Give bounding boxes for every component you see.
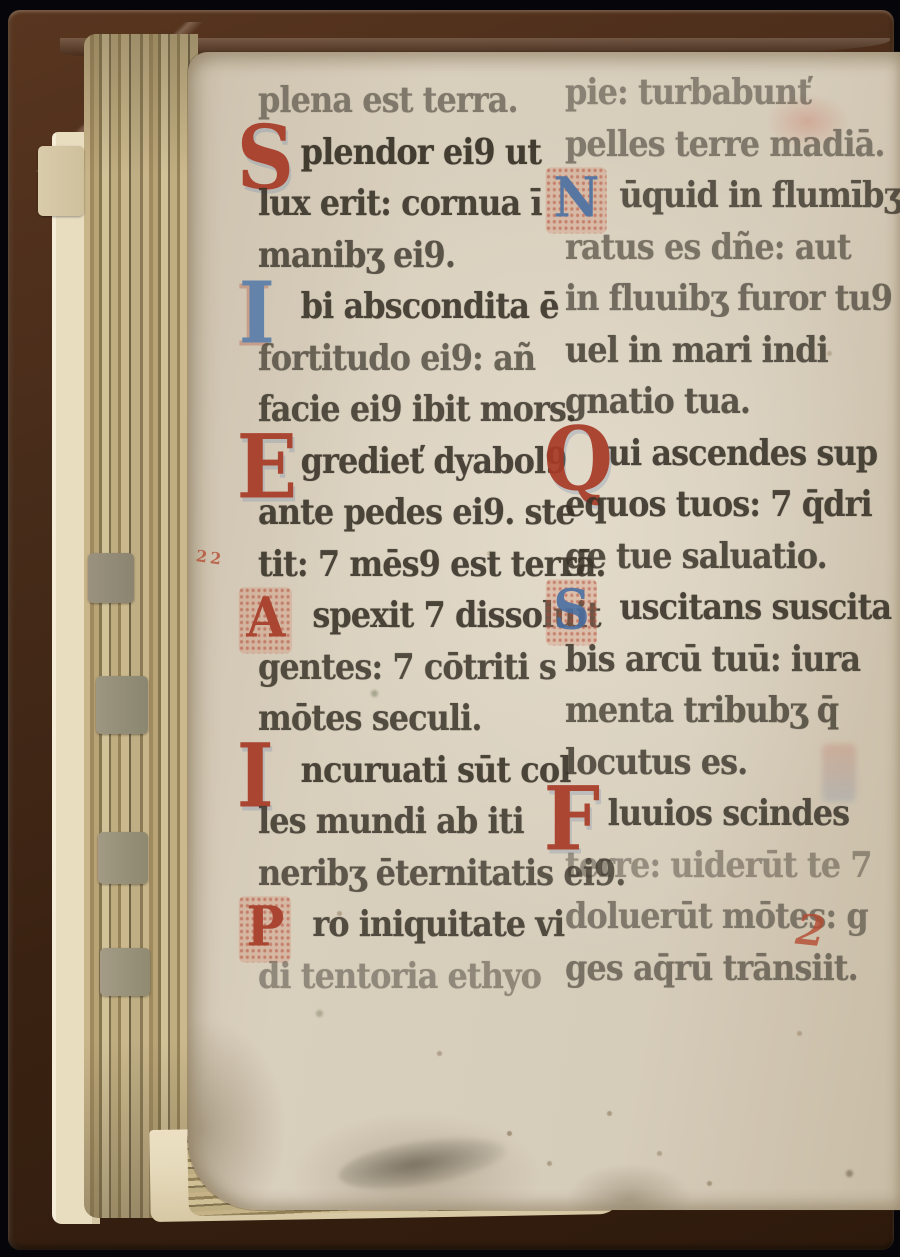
red-paraph-mark: 2: [794, 905, 828, 957]
line-text: bis arcū tuū: iura: [565, 637, 860, 679]
manuscript-text-line: ges aq̄rū trānsiit.: [565, 940, 875, 995]
manuscript-photograph: { "palette": { "background": "#06060a", …: [0, 0, 900, 1257]
manuscript-text-line: ante pedes ei9. ste: [258, 484, 534, 539]
text-column-left: plena est terra.Splendor ei9 utlux erit:…: [258, 74, 543, 1001]
line-text: ratus es dñe: aut: [565, 225, 851, 267]
line-text: uscitans suscita: [619, 586, 891, 628]
manuscript-text-line: pie: turbabunť: [565, 64, 875, 119]
line-text: uel in mari indi: [565, 328, 828, 370]
manuscript-text-line: in fluuibʒ furor tu9: [565, 270, 875, 325]
manuscript-text-line: equos tuos: 7 q̄dri: [565, 476, 875, 531]
manuscript-text-line: Pro iniquitate vi: [258, 896, 534, 951]
line-text: ge tue saluatio.: [565, 534, 827, 576]
line-text: pelles terre madiā.: [565, 122, 885, 164]
manuscript-text-line: neribʒ ēternitatis ei9.: [258, 845, 534, 900]
manuscript-text-line: locutus es.: [565, 734, 875, 789]
manuscript-text-line: menta tribubʒ q̄: [565, 682, 875, 737]
manuscript-text-line: mōtes seculi.: [258, 690, 534, 745]
manuscript-text-line: doluerūt mōtes: g: [565, 888, 875, 943]
line-text: les mundi ab iti: [258, 800, 524, 842]
text-column-right: pie: turbabunťpelles terre madiā.Nūquid …: [565, 66, 885, 993]
manuscript-text-line: terre: uiderūt te 7: [565, 837, 875, 892]
manuscript-text-line: Egredieť dyabol9: [258, 433, 534, 488]
manuscript-text-line: facie ei9 ibit mors.: [258, 381, 534, 436]
line-text: ui ascendes sup: [608, 431, 878, 473]
photo-scene: plena est terra.Splendor ei9 utlux erit:…: [0, 0, 900, 1257]
manuscript-text-line: di tentoria ethyo: [258, 948, 534, 1003]
manuscript-text-line: Suscitans suscita: [565, 579, 875, 634]
line-text: di tentoria ethyo: [258, 954, 541, 996]
manuscript-text-line: Fluuios scindes: [565, 785, 875, 840]
manuscript-text-line: Nūquid in flumībʒ i: [565, 167, 875, 222]
manuscript-text-line: les mundi ab iti: [258, 793, 534, 848]
line-text: gredieť dyabol9: [301, 439, 567, 481]
fore-edge-tab: [88, 553, 134, 603]
line-text: ncuruati sūt col: [301, 748, 571, 790]
line-text: pie: turbabunť: [565, 71, 811, 113]
line-text: bi abscondita ē: [301, 285, 559, 327]
manuscript-text-line: Splendor ei9 ut: [258, 124, 534, 179]
line-text: menta tribubʒ q̄: [565, 689, 838, 731]
line-text: ro iniquitate vi: [312, 903, 564, 945]
line-text: gentes: 7 cōtriti s: [258, 645, 556, 687]
red-margin-scribble: 22: [195, 546, 226, 569]
line-text: equos tuos: 7 q̄dri: [565, 483, 872, 525]
line-text: terre: uiderūt te 7: [565, 843, 872, 885]
manuscript-text-line: bis arcū tuū: iura: [565, 631, 875, 686]
line-text: luuios scindes: [608, 792, 850, 834]
manuscript-text-line: manibʒ ei9.: [258, 227, 534, 282]
manuscript-text-line: Aspexit 7 dissoluit: [258, 587, 534, 642]
manuscript-text-line: plena est terra.: [258, 72, 534, 127]
line-text: manibʒ ei9.: [258, 233, 455, 275]
ink-smudge: [335, 1127, 510, 1199]
manuscript-text-line: ge tue saluatio.: [565, 528, 875, 583]
fore-edge-tab: [100, 948, 150, 996]
manuscript-text-line: Incuruati sūt col: [258, 742, 534, 797]
parchment-stains: [188, 52, 191, 55]
manuscript-text-line: tit: 7 mēs9 est terrā.: [258, 536, 534, 591]
manuscript-text-line: uel in mari indi: [565, 322, 875, 377]
manuscript-text-line: pelles terre madiā.: [565, 116, 875, 171]
manuscript-text-line: lux erit: cornua ī: [258, 175, 534, 230]
manuscript-text-line: Qui ascendes sup: [565, 425, 875, 480]
manuscript-text-line: gentes: 7 cōtriti s: [258, 639, 534, 694]
fore-edge-tab: [98, 832, 148, 884]
manuscript-text-line: Ibi abscondita ē: [258, 278, 534, 333]
line-text: ūquid in flumībʒ i: [619, 174, 900, 216]
manuscript-text-line: ratus es dñe: aut: [565, 219, 875, 274]
line-text: facie ei9 ibit mors.: [258, 388, 576, 430]
line-text: lux erit: cornua ī: [258, 182, 542, 224]
line-text: in fluuibʒ furor tu9: [565, 277, 892, 319]
fore-edge-tab: [96, 676, 148, 734]
line-text: mōtes seculi.: [258, 697, 482, 739]
line-text: ante pedes ei9. ste: [258, 491, 575, 533]
parchment-leaf-edges: [84, 34, 198, 1218]
line-text: plendor ei9 ut: [301, 130, 541, 172]
line-text: plena est terra.: [258, 79, 518, 121]
manuscript-text-line: fortitudo ei9: añ: [258, 330, 534, 385]
fore-edge-tab: [38, 146, 84, 216]
line-text: fortitudo ei9: añ: [258, 336, 535, 378]
